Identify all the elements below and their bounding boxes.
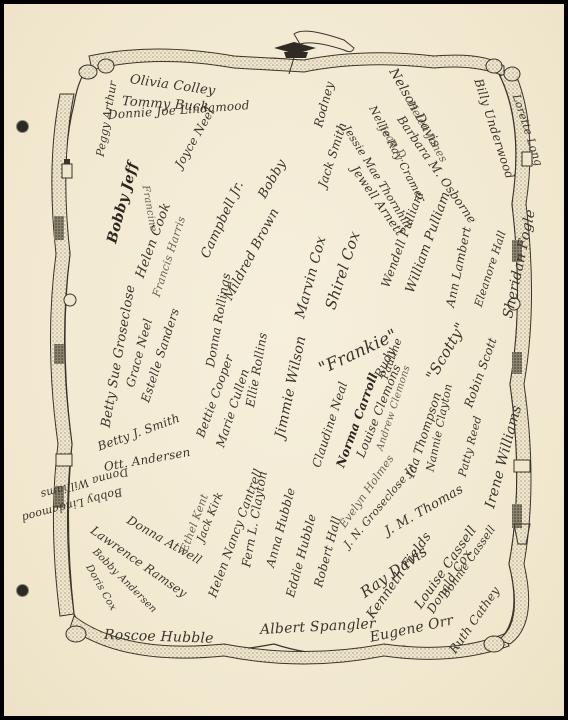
autograph-page: Olivia ColleyTommy BuckDonnie Joe Lindam… xyxy=(4,4,564,716)
